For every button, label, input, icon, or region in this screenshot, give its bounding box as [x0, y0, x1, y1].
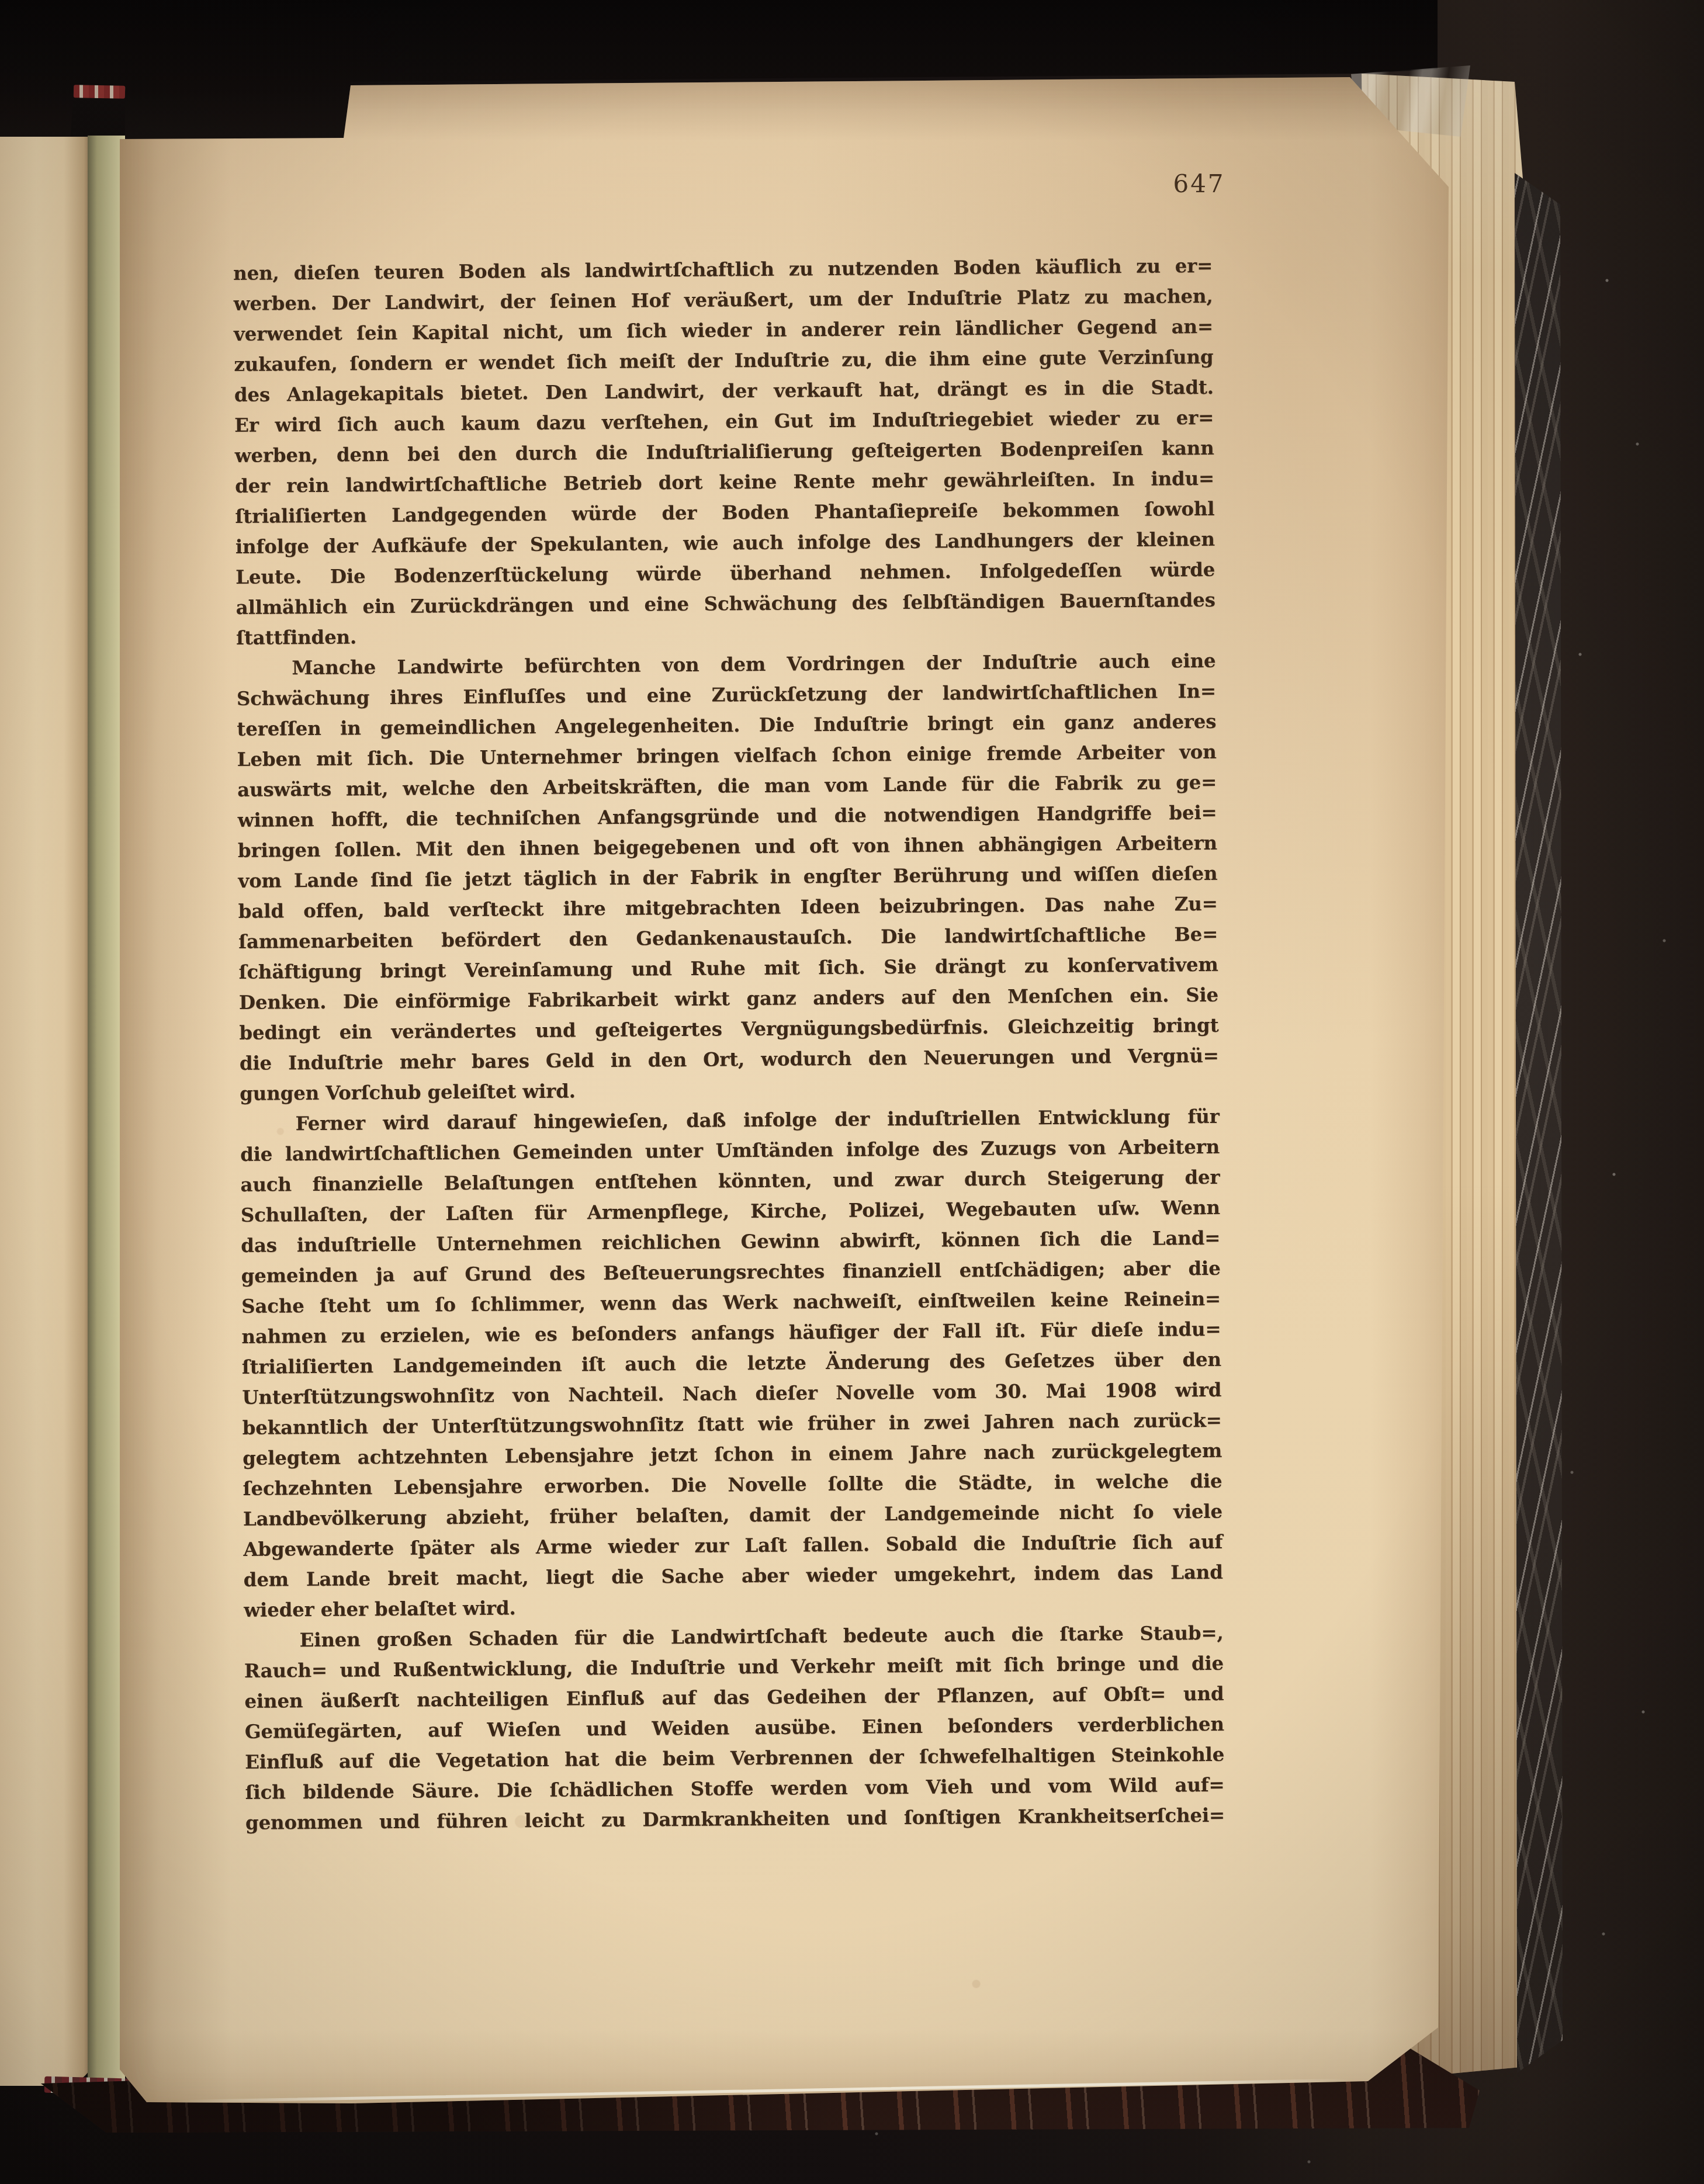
- book-page: 647 nen, dieſen teuren Boden als landwir…: [120, 76, 1458, 2106]
- text-block: nen, dieſen teuren Boden als landwirtſch…: [233, 251, 1225, 1838]
- paragraph: Einen großen Schaden für die Landwirtſch…: [244, 1618, 1225, 1838]
- endband-top: [74, 85, 125, 99]
- facing-page-sliver: [0, 137, 91, 2086]
- paragraph: nen, dieſen teuren Boden als landwirtſch…: [233, 251, 1215, 653]
- paragraph: Manche Landwirte befürchten von dem Vord…: [236, 646, 1219, 1109]
- paragraph: Ferner wird darauf hingewieſen, daß info…: [240, 1101, 1223, 1625]
- gutter-fold-band: [88, 136, 125, 2086]
- marbled-board-edge-right: [1511, 173, 1567, 2078]
- page-number: 647: [1149, 169, 1249, 198]
